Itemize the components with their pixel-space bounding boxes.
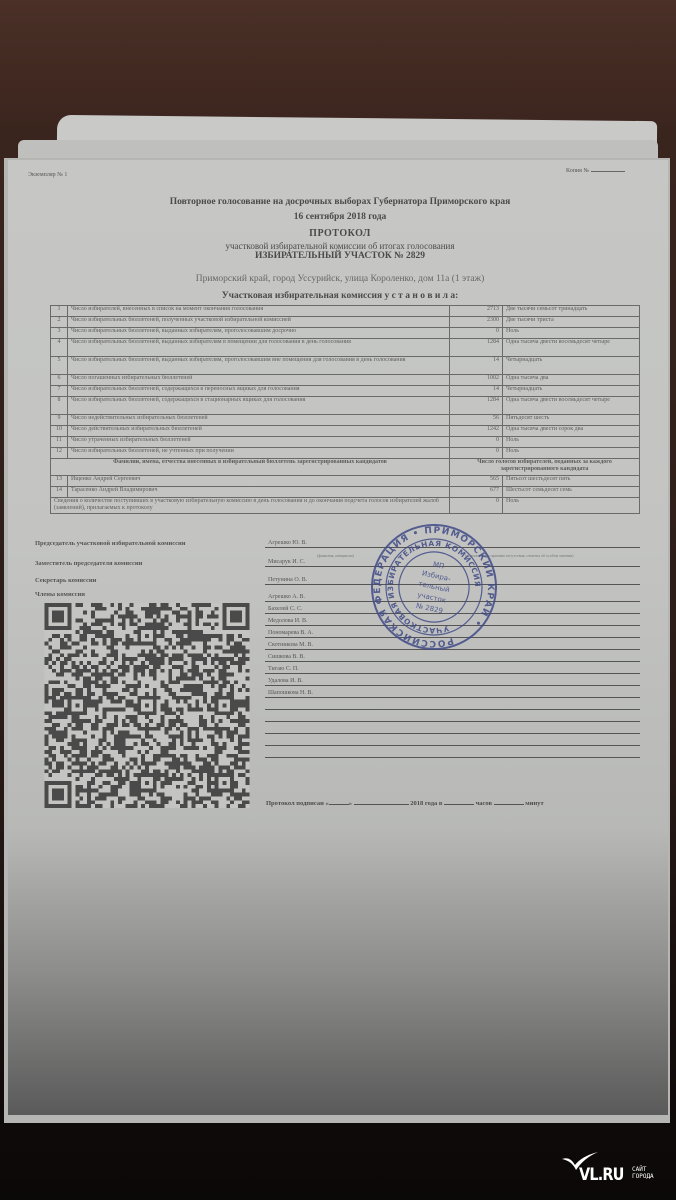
member-name: Петунина О. В. [268,577,307,583]
row-value: 2300 [450,317,503,328]
member-name: Удалова И. В. [268,678,303,684]
row-value: 0 [450,448,503,459]
row-value-words: Одна тысяча двести сорок два [503,426,640,437]
row-number: 8 [51,397,68,415]
signature-line-empty [265,710,640,722]
signed-hours: часов [476,800,492,807]
row-label: Число недействительных избирательных бюл… [68,415,450,426]
member-name: Бахелей С. С. [268,606,303,612]
row-number: 1 [51,306,68,317]
row-label: Число избирательных бюллетеней, полученн… [68,317,450,328]
row-number: 2 [51,317,68,328]
qr-code [44,603,250,808]
row-number: 14 [51,487,68,498]
row-label: Число погашенных избирательных бюллетене… [68,375,450,386]
candidate-row: 14Тарасенко Андрей Владимирович677Шестьс… [51,487,640,498]
copy-label: Экземпляр № 1 [28,172,67,178]
row-value-words: Ноль [503,437,640,448]
row-number: 13 [51,476,68,487]
row-label: Число избирательных бюллетеней, выданных… [68,357,450,375]
secretary-role: Секретарь комиссии [35,577,96,584]
election-title: Повторное голосование на досрочных выбор… [30,197,650,207]
member-name: Скотникова М. В. [268,642,313,648]
row-value: 56 [450,415,503,426]
stamp-center-line: № 2829 [415,602,443,616]
member-name: Медолова И. В. [268,618,308,624]
chair-role: Председатель участковой избирательной ко… [35,540,186,547]
table-row: 6Число погашенных избирательных бюллетен… [51,375,640,386]
row-number: 6 [51,375,68,386]
candidates-header-right: Число голосов избирателей, поданных за к… [450,459,640,476]
table-row: 2Число избирательных бюллетеней, получен… [51,317,640,328]
member-name: Пономарева В. А. [268,630,313,636]
row-label: Число избирателей, внесенных в список на… [68,306,450,317]
deputy-role: Заместитель председателя комиссии [35,560,142,567]
candidate-votes-words: Пятьсот шестьдесят пять [503,476,640,487]
signature-line-empty [265,746,640,758]
row-label: Число избирательных бюллетеней, выданных… [68,328,450,339]
row-value-words: Четырнадцать [503,357,640,375]
doc-subtitle: участковой избирательной комиссии об ито… [30,241,650,251]
table-row: 7Число избирательных бюллетеней, содержа… [51,386,640,397]
candidate-votes-words: Шестьсот семьдесят семь [503,487,640,498]
table-row: 3Число избирательных бюллетеней, выданны… [51,328,640,339]
member-name: Мисарук И. С. [268,559,305,565]
row-value-words: Две тысячи семьсот тринадцать [503,306,640,317]
signed-year: 2018 года в [410,800,442,807]
member-name: Шапошкова Н. В. [268,690,313,696]
row-label: Число действительных избирательных бюлле… [68,426,450,437]
row-value: 1284 [450,339,503,357]
signature-line-empty [265,698,640,710]
table-row: 9Число недействительных избирательных бю… [51,415,640,426]
row-value: 1242 [450,426,503,437]
row-value-words: Одна тысяча двести восемьдесят четыре [503,397,640,415]
established-heading: Участковая избирательная комиссия у с т … [30,291,650,301]
row-value: 2713 [450,306,503,317]
table-row: 8Число избирательных бюллетеней, содержа… [51,397,640,415]
row-value-words: Одна тысяча два [503,375,640,386]
row-number: 5 [51,357,68,375]
signed-label: Протокол подписан [266,800,324,807]
stamp-center-line: МП [432,560,445,570]
precinct-title: ИЗБИРАТЕЛЬНЫЙ УЧАСТОК № 2829 [30,251,650,261]
table-row: 4Число избирательных бюллетеней, выданны… [51,339,640,357]
table-row: 12Число избирательных бюллетеней, не учт… [51,448,640,459]
row-label: Число избирательных бюллетеней, выданных… [68,339,450,357]
signature-line: Сишкова В. В. [265,650,640,662]
table-row: 5Число избирательных бюллетеней, выданны… [51,357,640,375]
candidate-name: Тарасенко Андрей Владимирович [68,487,450,498]
signature-line-empty [265,722,640,734]
table-row: 10Число действительных избирательных бюл… [51,426,640,437]
precinct-address: Приморский край, город Уссурийск, улица … [30,274,650,284]
row-label: Число избирательных бюллетеней, содержащ… [68,386,450,397]
complaints-words: Ноль [503,498,640,514]
row-label: Число избирательных бюллетеней, не учтен… [68,448,450,459]
vlru-watermark: VL.RU САЙТГОРОДА [560,1150,676,1200]
signature-line: Шапошкова Н. В. [265,686,640,698]
signed-minutes: минут [525,800,543,807]
row-value: 1284 [450,397,503,415]
doc-type: ПРОТОКОЛ [30,228,650,239]
row-number: 3 [51,328,68,339]
table-row: 1Число избирателей, внесенных в список н… [51,306,640,317]
member-name: Агрешко Ю. В. [268,540,307,546]
sheet-label: Копия № [566,168,625,174]
candidate-votes: 565 [450,476,503,487]
row-value: 14 [450,357,503,375]
vlru-subtitle: САЙТГОРОДА [632,1166,654,1180]
row-number: 4 [51,339,68,357]
complaints-label: Сведения о количестве поступивших в учас… [51,498,450,514]
row-value: 14 [450,386,503,397]
member-name: Тигаю С. П. [268,666,299,672]
row-label: Число избирательных бюллетеней, содержащ… [68,397,450,415]
candidate-name: Ищенко Андрей Сергеевич [68,476,450,487]
election-date: 16 сентября 2018 года [30,212,650,222]
table-row: 11Число утраченных избирательных бюллете… [51,437,640,448]
row-value: 1002 [450,375,503,386]
row-value: 0 [450,437,503,448]
row-value-words: Ноль [503,328,640,339]
row-value-words: Две тысячи триста [503,317,640,328]
row-value: 0 [450,328,503,339]
member-name: Сишкова В. В. [268,654,305,660]
candidate-votes: 677 [450,487,503,498]
signature-line: Удалова И. В. [265,674,640,686]
complaints-value: 0 [450,498,503,514]
candidate-row: 13Ищенко Андрей Сергеевич565Пятьсот шест… [51,476,640,487]
signature-line: Тигаю С. П. [265,662,640,674]
vlru-brand: VL.RU [579,1165,623,1185]
row-value-words: Одна тысяча двести восемьдесят четыре [503,339,640,357]
member-name: Агрешко А. В. [268,594,305,600]
row-value-words: Четырнадцать [503,386,640,397]
row-number: 12 [51,448,68,459]
signed-line: Протокол подписан «» 2018 года в часов м… [266,800,544,807]
complaints-row: Сведения о количестве поступивших в учас… [51,498,640,514]
row-value-words: Пятьдесят шесть [503,415,640,426]
protocol-table: 1Число избирателей, внесенных в список н… [50,305,640,514]
members-role: Члены комиссии [35,591,85,598]
signature-line-empty [265,734,640,746]
precinct-stamp: РОССИЙСКАЯ ФЕДЕРАЦИЯ • ПРИМОРСКИЙ КРАЙ •… [370,523,498,651]
row-number: 7 [51,386,68,397]
row-value-words: Ноль [503,448,640,459]
row-label: Число утраченных избирательных бюллетене… [68,437,450,448]
candidates-header-left: Фамилии, имена, отчества внесенных в изб… [51,459,450,476]
row-number: 10 [51,426,68,437]
row-number: 11 [51,437,68,448]
candidates-header-row: Фамилии, имена, отчества внесенных в изб… [51,459,640,476]
row-number: 9 [51,415,68,426]
